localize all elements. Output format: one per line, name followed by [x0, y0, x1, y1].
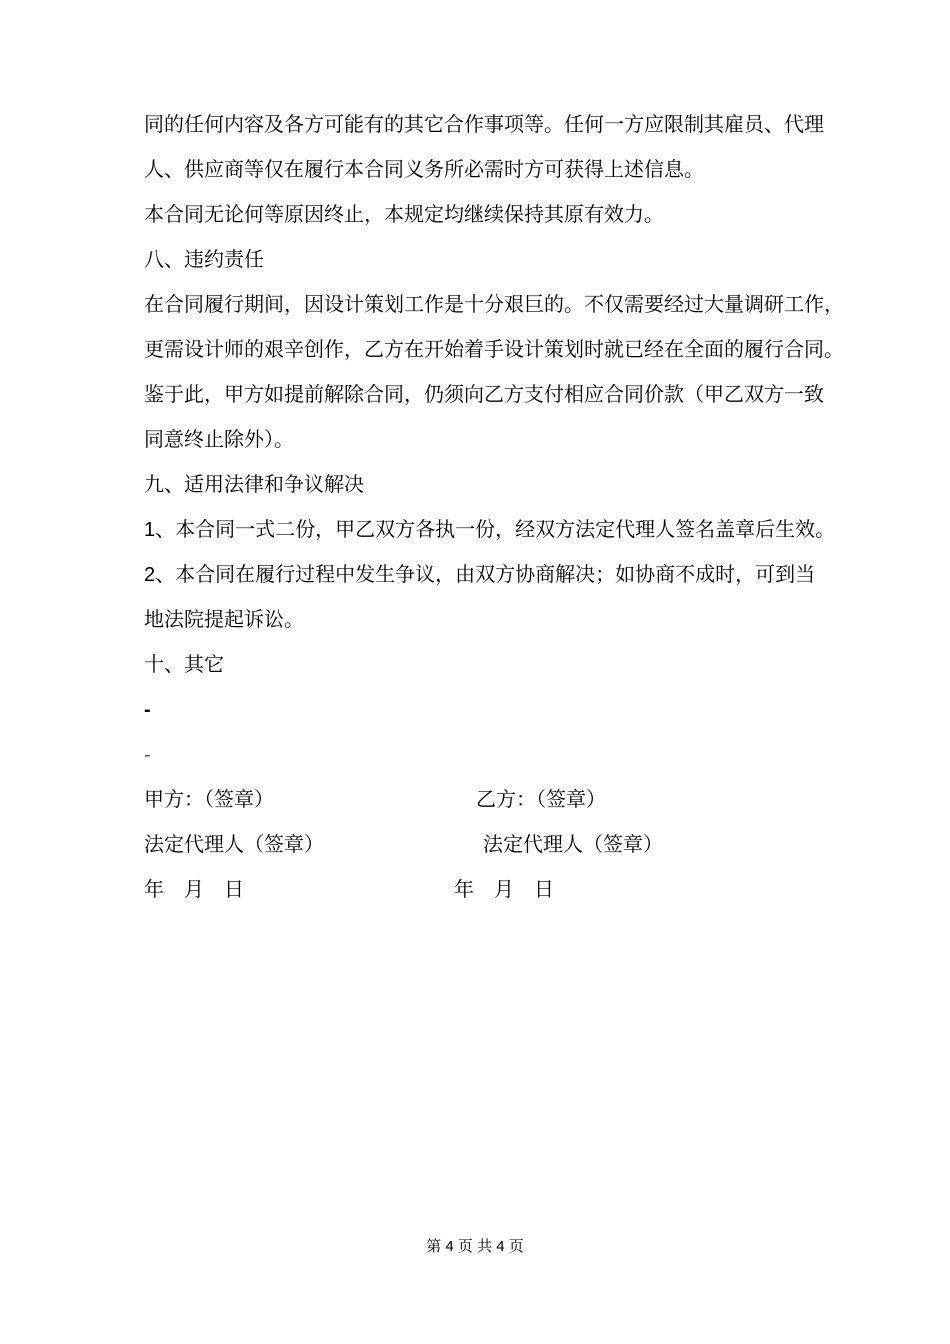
paragraph-line: 在合同履行期间，因设计策划工作是十分艰巨的。不仅需要经过大量调研工作，	[144, 283, 834, 328]
paragraph-line: 地法院提起诉讼。	[144, 598, 834, 643]
numbered-clause-2: 2、本合同在履行过程中发生争议，由双方协商解决；如协商不成时，可到当	[144, 553, 834, 598]
document-page: 同的任何内容及各方可能有的其它合作事项等。任何一方应限制其雇员、代理 人、供应商…	[0, 0, 950, 1344]
signature-row-parties: 甲方：（签章） 乙方：（签章）	[144, 778, 834, 823]
paragraph-line: 更需设计师的艰辛创作，乙方在开始着手设计策划时就已经在全面的履行合同。	[144, 328, 834, 373]
page-footer-indicator: 第 4 页 共 4 页	[0, 1236, 950, 1258]
legal-rep-b-signature-label: 法定代理人（签章）	[483, 823, 663, 868]
paragraph-line: 人、供应商等仅在履行本合同义务所必需时方可获得上述信息。	[144, 148, 834, 193]
date-a-label: 年 月 日	[144, 879, 244, 901]
section-9-heading: 九、适用法律和争议解决	[144, 463, 834, 508]
paragraph-line: 鉴于此，甲方如提前解除合同，仍须向乙方支付相应合同价款（甲乙双方一致	[144, 373, 834, 418]
placeholder-dash: -	[144, 733, 834, 778]
section-10-heading: 十、其它	[144, 643, 834, 688]
section-8-heading: 八、违约责任	[144, 238, 834, 283]
contract-body: 同的任何内容及各方可能有的其它合作事项等。任何一方应限制其雇员、代理 人、供应商…	[144, 103, 834, 913]
paragraph-line: 同意终止除外）。	[144, 418, 834, 463]
legal-rep-a-signature-label: 法定代理人（签章）	[144, 834, 324, 856]
date-b-label: 年 月 日	[454, 868, 554, 913]
party-a-signature-label: 甲方：（签章）	[144, 789, 274, 811]
numbered-clause-1: 1、本合同一式二份，甲乙双方各执一份，经双方法定代理人签名盖章后生效。	[144, 508, 834, 553]
signature-row-dates: 年 月 日 年 月 日	[144, 868, 834, 913]
party-b-signature-label: 乙方：（签章）	[476, 778, 606, 823]
paragraph-line: 同的任何内容及各方可能有的其它合作事项等。任何一方应限制其雇员、代理	[144, 103, 834, 148]
placeholder-dash: -	[144, 688, 834, 733]
paragraph-line: 本合同无论何等原因终止，本规定均继续保持其原有效力。	[144, 193, 834, 238]
signature-row-legal-reps: 法定代理人（签章） 法定代理人（签章）	[144, 823, 834, 868]
